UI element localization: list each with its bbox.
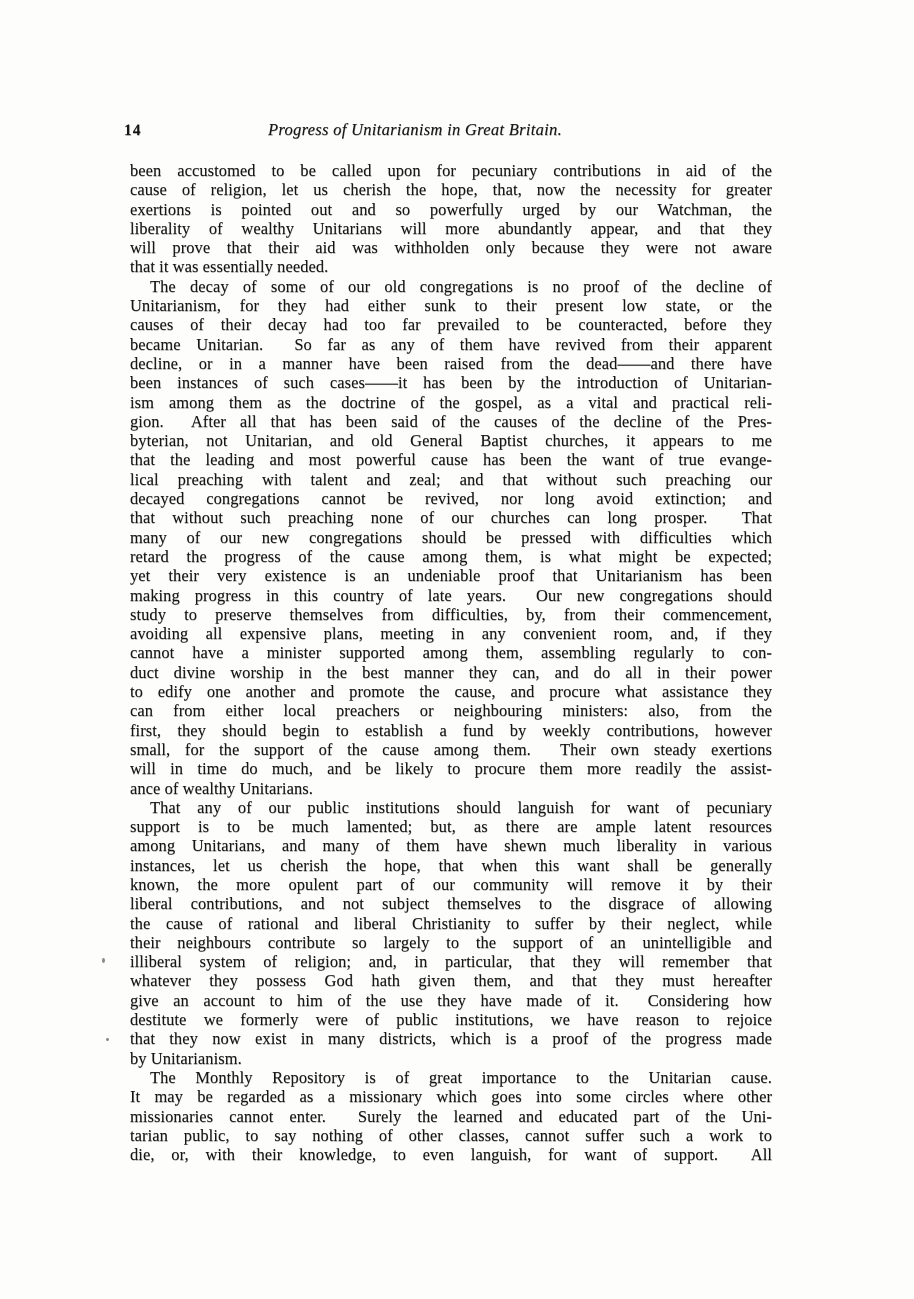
text-line: cannot have a minister supported among t… — [130, 643, 772, 662]
text-line: that the leading and most powerful cause… — [130, 450, 772, 469]
text-line: can from either local preachers or neigh… — [130, 701, 772, 720]
text-line: illiberal system of religion; and, in pa… — [130, 952, 772, 971]
text-line: duct divine worship in the best manner t… — [130, 663, 772, 682]
text-line: destitute we formerly were of public ins… — [130, 1010, 772, 1029]
text-line: first, they should begin to establish a … — [130, 721, 772, 740]
text-line: gion. After all that has been said of th… — [130, 412, 772, 431]
text-line: ance of wealthy Unitarians. — [130, 779, 772, 798]
paragraph: That any of our public institutions shou… — [130, 798, 772, 1068]
text-line: small, for the support of the cause amon… — [130, 740, 772, 759]
text-line: will prove that their aid was withholden… — [130, 238, 772, 257]
text-line: causes of their decay had too far prevai… — [130, 315, 772, 334]
text-line: It may be regarded as a missionary which… — [130, 1087, 772, 1106]
text-line: the cause of rational and liberal Christ… — [130, 914, 772, 933]
text-line: lical preaching with talent and zeal; an… — [130, 470, 772, 489]
text-line: The decay of some of our old congregatio… — [130, 277, 772, 296]
text-line: many of our new congregations should be … — [130, 528, 772, 547]
text-line: die, or, with their knowledge, to even l… — [130, 1145, 772, 1164]
text-line: will in time do much, and be likely to p… — [130, 759, 772, 778]
scanned-document-page: 14 Progress of Unitarianism in Great Bri… — [0, 0, 914, 1299]
text-line: byterian, not Unitarian, and old General… — [130, 431, 772, 450]
text-line: their neighbours contribute so largely t… — [130, 933, 772, 952]
text-line: avoiding all expensive plans, meeting in… — [130, 624, 772, 643]
text-line: became Unitarian. So far as any of them … — [130, 335, 772, 354]
text-line: retard the progress of the cause among t… — [130, 547, 772, 566]
text-line: making progress in this country of late … — [130, 586, 772, 605]
text-line: cause of religion, let us cherish the ho… — [130, 180, 772, 199]
text-line: support is to be much lamented; but, as … — [130, 817, 772, 836]
text-line: ism among them as the doctrine of the go… — [130, 393, 772, 412]
paragraph: The Monthly Repository is of great impor… — [130, 1068, 772, 1164]
text-line: among Unitarians, and many of them have … — [130, 836, 772, 855]
scan-speck — [106, 1038, 109, 1041]
paragraph: The decay of some of our old congregatio… — [130, 277, 772, 798]
text-line: that it was essentially needed. — [130, 257, 772, 276]
text-line: missionaries cannot enter. Surely the le… — [130, 1107, 772, 1126]
page-header: 14 Progress of Unitarianism in Great Bri… — [130, 120, 772, 144]
text-line: Unitarianism, for they had either sunk t… — [130, 296, 772, 315]
text-line: been accustomed to be called upon for pe… — [130, 161, 772, 180]
running-title: Progress of Unitarianism in Great Britai… — [94, 120, 736, 140]
scan-speck — [102, 958, 105, 963]
body-text: been accustomed to be called upon for pe… — [130, 161, 772, 1164]
text-line: exertions is pointed out and so powerful… — [130, 200, 772, 219]
text-line: tarian public, to say nothing of other c… — [130, 1126, 772, 1145]
text-line: known, the more opulent part of our comm… — [130, 875, 772, 894]
text-line: that they now exist in many districts, w… — [130, 1029, 772, 1048]
text-line: decline, or in a manner have been raised… — [130, 354, 772, 373]
paragraph: been accustomed to be called upon for pe… — [130, 161, 772, 277]
text-line: liberal contributions, and not subject t… — [130, 894, 772, 913]
text-line: been instances of such cases——it has bee… — [130, 373, 772, 392]
text-line: decayed congregations cannot be revived,… — [130, 489, 772, 508]
text-line: whatever they possess God hath given the… — [130, 971, 772, 990]
text-line: That any of our public institutions shou… — [130, 798, 772, 817]
text-line: The Monthly Repository is of great impor… — [130, 1068, 772, 1087]
text-line: instances, let us cherish the hope, that… — [130, 856, 772, 875]
text-line: that without such preaching none of our … — [130, 508, 772, 527]
text-line: give an account to him of the use they h… — [130, 991, 772, 1010]
text-line: yet their very existence is an undeniabl… — [130, 566, 772, 585]
text-line: liberality of wealthy Unitarians will mo… — [130, 219, 772, 238]
text-line: to edify one another and promote the cau… — [130, 682, 772, 701]
text-line: study to preserve themselves from diffic… — [130, 605, 772, 624]
text-line: by Unitarianism. — [130, 1049, 772, 1068]
